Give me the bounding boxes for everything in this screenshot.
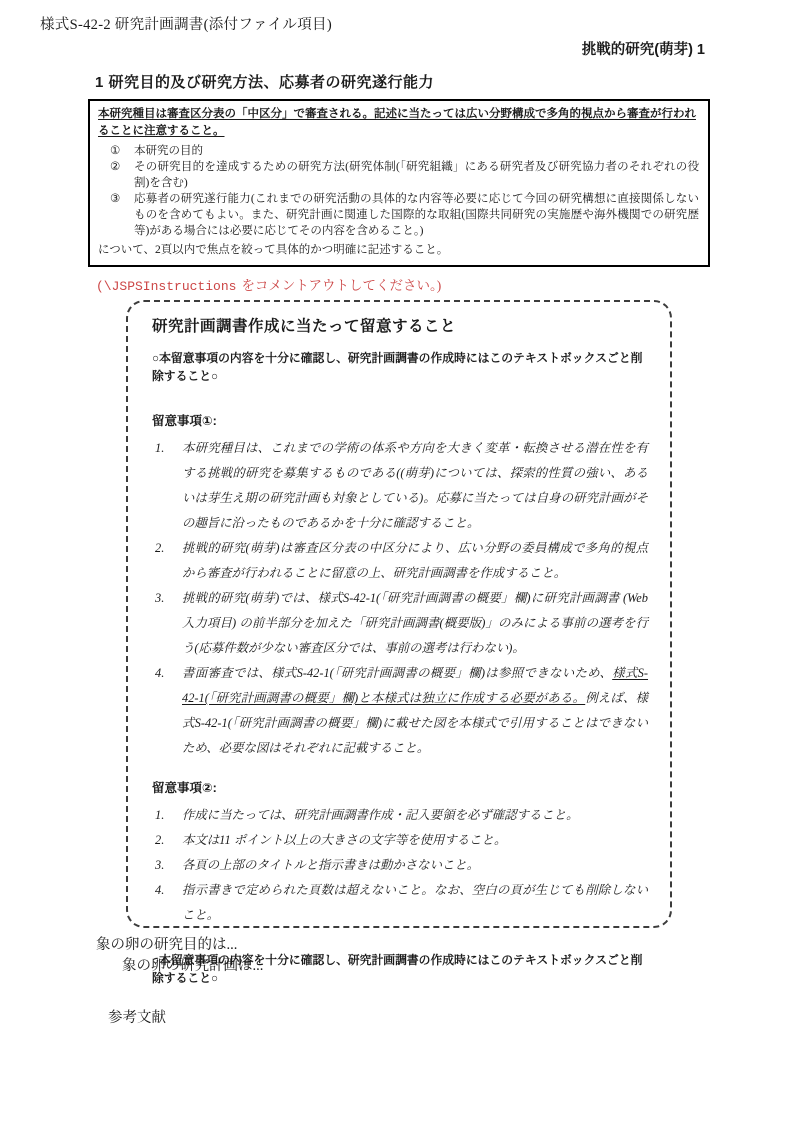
notes-item-text: 指示書きで定められた頁数は超えないこと。なお、空白の頁が生じても削除しないこと。 [182,883,648,922]
item-number: 3. [155,586,164,611]
document-page: 様式S-42-2 研究計画調書(添付ファイル項目) 挑戦的研究(萌芽) 1 1 … [0,0,794,1123]
notes-item-text: 挑戦的研究(萌芽)では、様式S-42-1(「研究計画調書の概要」欄)に研究計画調… [182,591,648,655]
instruction-item: ① 本研究の目的 [98,143,699,159]
notes-item: 4. 書面審査では、様式S-42-1(「研究計画調書の概要」欄)は参照できないた… [152,661,648,761]
instruction-closing: について、2頁以内で焦点を絞って具体的かつ明確に記述すること。 [98,242,699,258]
notes-section1-list: 1. 本研究種目は、これまでの学術の体系や方向を大きく変革・転換させる潜在性を有… [152,436,648,761]
notes-item-text: 挑戦的研究(萌芽)は審査区分表の中区分により、広い分野の委員構成で多角的視点から… [182,541,648,580]
notes-item-text-pre: 書面審査では、様式S-42-1(「研究計画調書の概要」欄)は参照できないため、 [182,666,612,680]
item-number: 1. [155,436,164,461]
notes-item: 3. 各頁の上部のタイトルと指示書きは動かさないこと。 [152,853,648,878]
notes-textbox: 研究計画調書作成に当たって留意すること ○本留意事項の内容を十分に確認し、研究計… [126,300,672,928]
circled-number-2: ② [110,159,120,175]
form-number-label: 様式S-42-2 研究計画調書(添付ファイル項目) [40,13,332,34]
section-1-heading: 1 研究目的及び研究方法、応募者の研究遂行能力 [95,71,434,92]
circled-number-1: ① [110,143,120,159]
research-purpose-line: 象の卵の研究目的は... [96,933,237,954]
notes-item: 3. 挑戦的研究(萌芽)では、様式S-42-1(「研究計画調書の概要」欄)に研究… [152,586,648,661]
jsps-note-japanese: をコメントアウトしてください。) [241,278,441,293]
instruction-item-text: その研究目的を達成するための研究方法(研究体制(「研究組織」にある研究者及び研究… [134,161,699,189]
instruction-item: ③ 応募者の研究遂行能力(これまでの研究活動の具体的な内容等必要に応じて今回の研… [98,191,699,239]
notes-item-text: 本文は11 ポイント以上の大きさの文字等を使用すること。 [182,833,506,847]
notes-notice-top: ○本留意事項の内容を十分に確認し、研究計画調書の作成時にはこのテキストボックスご… [152,349,648,385]
item-number: 2. [155,828,164,853]
review-instruction-box: 本研究種目は審査区分表の「中区分」で審査される。記述に当たっては広い分野構成で多… [88,99,710,267]
research-plan-line: 象の卵の研究計画は... [122,954,263,975]
circled-number-3: ③ [110,191,120,207]
notes-item: 4. 指示書きで定められた頁数は超えないこと。なお、空白の頁が生じても削除しない… [152,878,648,928]
item-number: 2. [155,536,164,561]
notes-item: 2. 挑戦的研究(萌芽)は審査区分表の中区分により、広い分野の委員構成で多角的視… [152,536,648,586]
notes-section2-list: 1. 作成に当たっては、研究計画調書作成・記入要領を必ず確認すること。 2. 本… [152,803,648,928]
item-number: 4. [155,878,164,903]
item-number: 4. [155,661,164,686]
jsps-command-text: (\JSPSInstructions [96,279,236,294]
notes-item: 1. 作成に当たっては、研究計画調書作成・記入要領を必ず確認すること。 [152,803,648,828]
item-number: 3. [155,853,164,878]
notes-item-text: 本研究種目は、これまでの学術の体系や方向を大きく変革・転換させる潜在性を有する挑… [182,441,648,530]
notes-item: 2. 本文は11 ポイント以上の大きさの文字等を使用すること。 [152,828,648,853]
notes-title: 研究計画調書作成に当たって留意すること [152,314,648,336]
notes-item-text: 作成に当たっては、研究計画調書作成・記入要領を必ず確認すること。 [182,808,579,822]
jsps-comment-note: (\JSPSInstructionsをコメントアウトしてください。) [96,274,441,294]
notes-section1-label: 留意事項①: [152,411,648,429]
item-number: 1. [155,803,164,828]
notes-item-text: 各頁の上部のタイトルと指示書きは動かさないこと。 [182,858,479,872]
category-page-label: 挑戦的研究(萌芽) 1 [582,38,705,59]
notes-item: 1. 本研究種目は、これまでの学術の体系や方向を大きく変革・転換させる潜在性を有… [152,436,648,536]
instruction-item: ② その研究目的を達成するための研究方法(研究体制(「研究組織」にある研究者及び… [98,159,699,191]
instruction-list: ① 本研究の目的 ② その研究目的を達成するための研究方法(研究体制(「研究組織… [98,143,699,239]
instruction-lead: 本研究種目は審査区分表の「中区分」で審査される。記述に当たっては広い分野構成で多… [98,106,699,140]
notes-section2-label: 留意事項②: [152,778,648,796]
references-heading: 参考文献 [108,1006,166,1027]
instruction-item-text: 応募者の研究遂行能力(これまでの研究活動の具体的な内容等必要に応じて今回の研究構… [134,193,699,237]
instruction-item-text: 本研究の目的 [134,145,203,157]
